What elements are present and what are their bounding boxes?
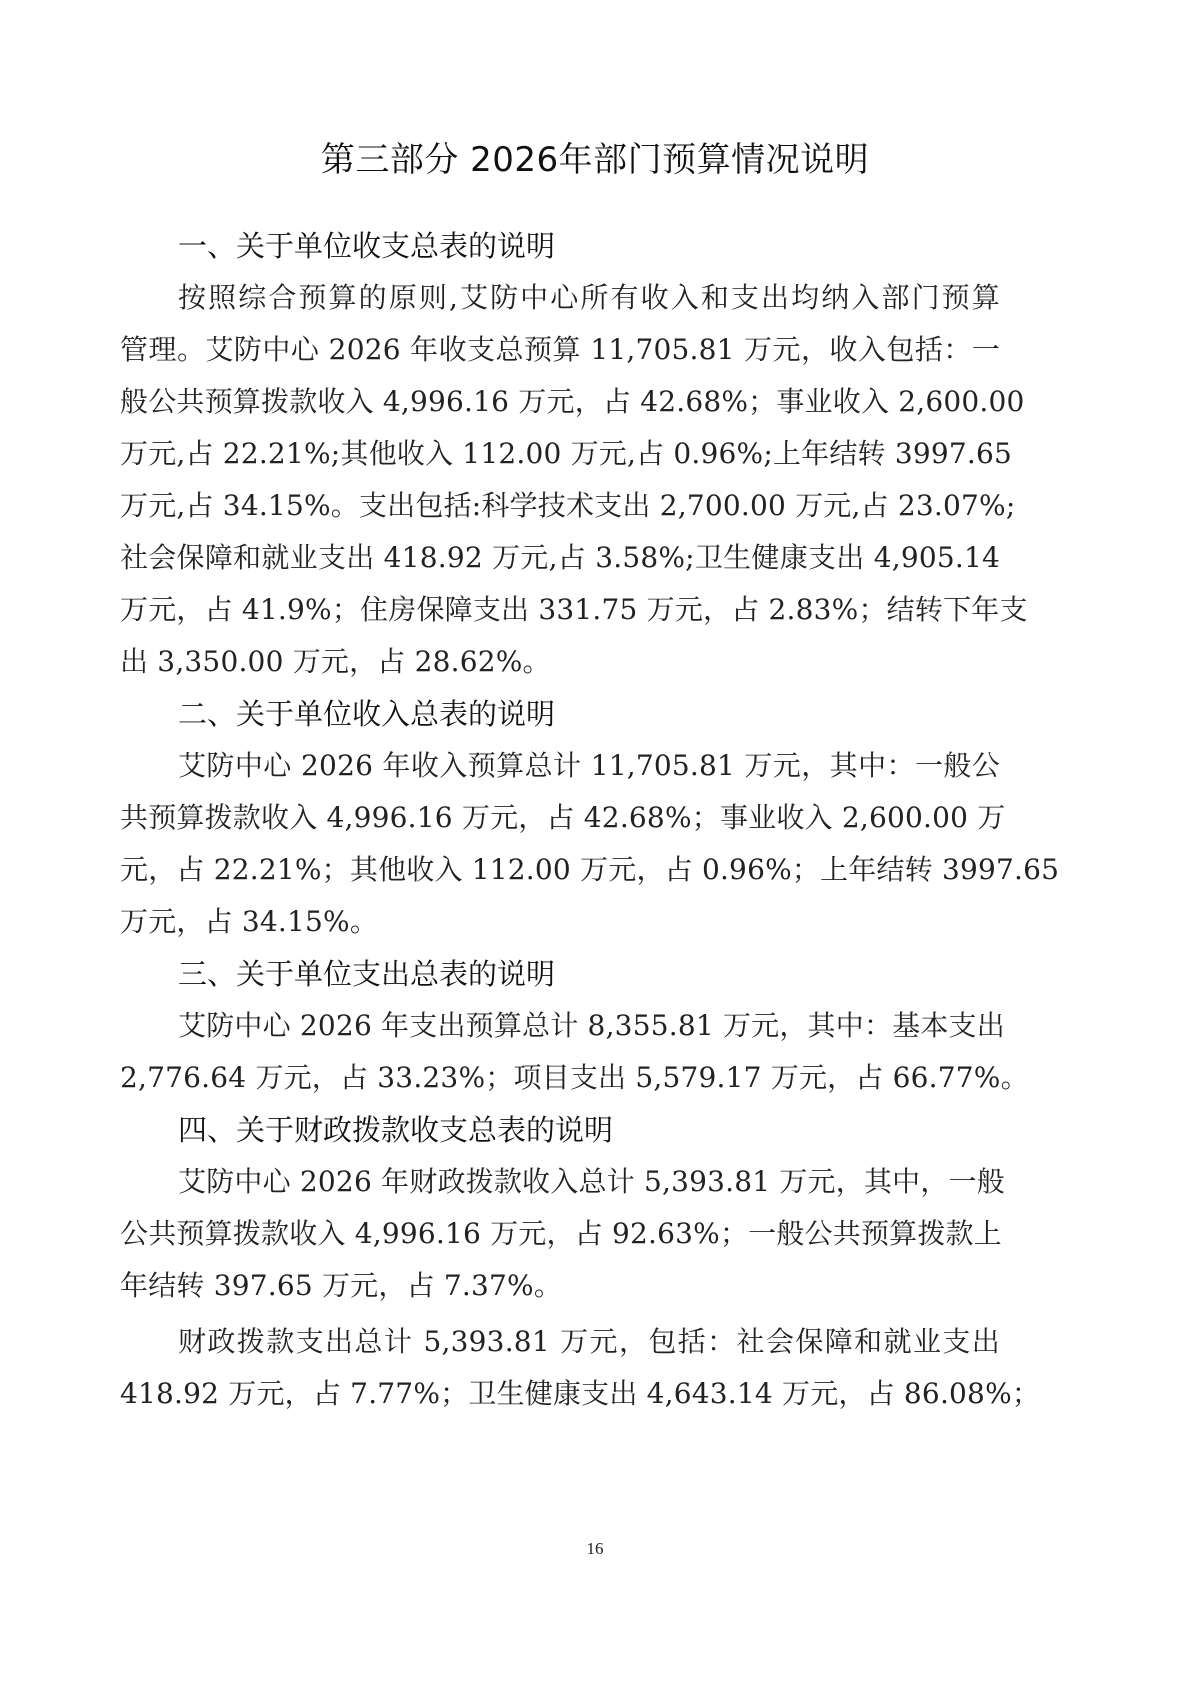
paragraph-line: 年结转 397.65 万元，占 7.37%。 (120, 1266, 1000, 1306)
paragraph-line: 艾防中心 2026 年财政拨款收入总计 5,393.81 万元，其中，一般 (178, 1162, 1000, 1202)
paragraph-line: 万元，占 34.15%。 (120, 902, 1000, 942)
paragraph-line: 418.92 万元，占 7.77%；卫生健康支出 4,643.14 万元，占 8… (120, 1374, 1000, 1414)
paragraph-line: 艾防中心 2026 年收入预算总计 11,705.81 万元，其中：一般公 (178, 746, 1000, 786)
page-title: 第三部分 2026年部门预算情况说明 (0, 138, 1190, 182)
paragraph-line: 出 3,350.00 万元，占 28.62%。 (120, 642, 1000, 682)
paragraph-line: 2,776.64 万元，占 33.23%；项目支出 5,579.17 万元，占 … (120, 1058, 1000, 1098)
paragraph-line: 万元,占 22.21%;其他收入 112.00 万元,占 0.96%;上年结转 … (120, 434, 1000, 474)
paragraph-line: 元，占 22.21%；其他收入 112.00 万元，占 0.96%；上年结转 3… (120, 850, 1000, 890)
section-heading-1: 一、关于单位收支总表的说明 (178, 226, 555, 266)
paragraph-line: 艾防中心 2026 年支出预算总计 8,355.81 万元，其中：基本支出 (178, 1006, 1000, 1046)
document-page: 第三部分 2026年部门预算情况说明 一、关于单位收支总表的说明 按照综合预算的… (0, 0, 1190, 1684)
paragraph-line: 万元,占 34.15%。支出包括:科学技术支出 2,700.00 万元,占 23… (120, 486, 1000, 526)
section-heading-3: 三、关于单位支出总表的说明 (178, 954, 555, 994)
paragraph-line: 般公共预算拨款收入 4,996.16 万元，占 42.68%；事业收入 2,60… (120, 382, 1000, 422)
paragraph-line: 公共预算拨款收入 4,996.16 万元，占 92.63%；一般公共预算拨款上 (120, 1214, 1000, 1254)
paragraph-line: 管理。艾防中心 2026 年收支总预算 11,705.81 万元，收入包括：一 (120, 330, 1000, 370)
paragraph-line: 社会保障和就业支出 418.92 万元,占 3.58%;卫生健康支出 4,905… (120, 538, 1000, 578)
section-heading-2: 二、关于单位收入总表的说明 (178, 694, 555, 734)
paragraph-line: 财政拨款支出总计 5,393.81 万元，包括：社会保障和就业支出 (178, 1322, 1000, 1362)
paragraph-line: 万元，占 41.9%；住房保障支出 331.75 万元，占 2.83%；结转下年… (120, 590, 1000, 630)
paragraph-line: 按照综合预算的原则,艾防中心所有收入和支出均纳入部门预算 (178, 278, 1000, 318)
paragraph-line: 共预算拨款收入 4,996.16 万元，占 42.68%；事业收入 2,600.… (120, 798, 1000, 838)
page-number: 16 (0, 1538, 1190, 1560)
section-heading-4: 四、关于财政拨款收支总表的说明 (178, 1110, 613, 1150)
